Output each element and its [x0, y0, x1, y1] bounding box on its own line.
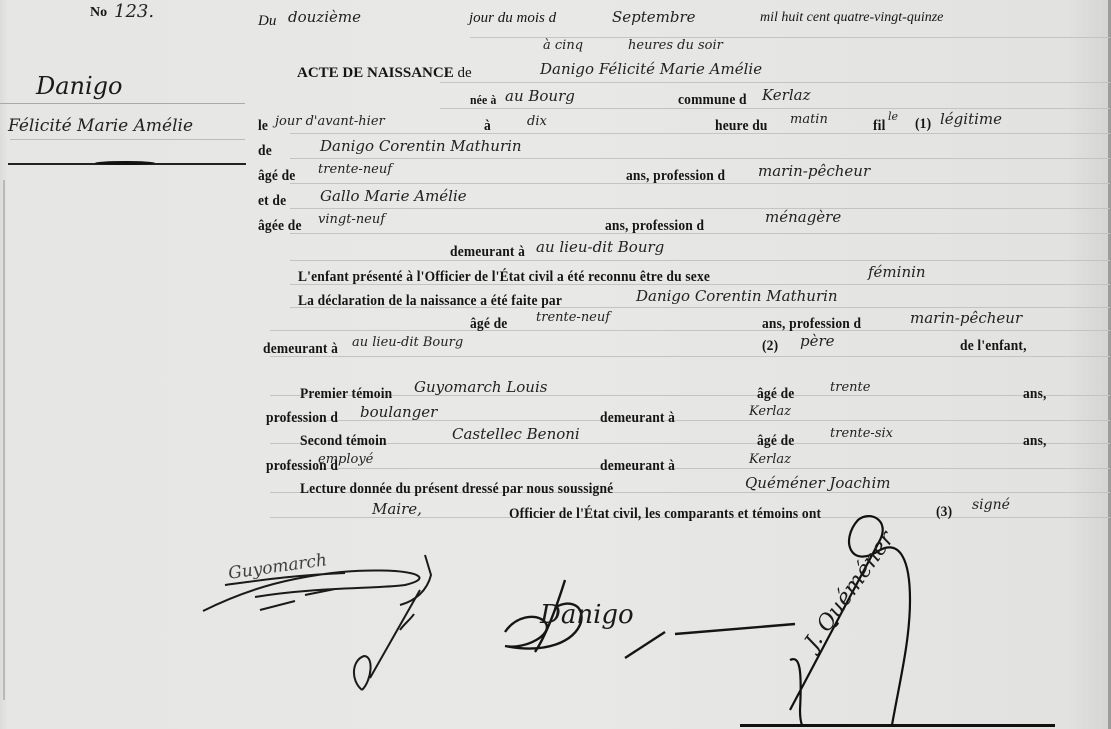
witness-2-age: trente-six	[830, 426, 893, 441]
mother-age: vingt-neuf	[318, 212, 385, 227]
mother-name: Gallo Marie Amélie	[320, 187, 467, 205]
father-profession-label: ans, profession d	[626, 168, 725, 185]
officer-text: Officier de l'État civil, les comparants…	[509, 506, 821, 523]
birth-place: au Bourg	[505, 87, 575, 105]
father-name: Danigo Corentin Mathurin	[320, 137, 522, 155]
declarant-demeurant-label: demeurant à	[263, 341, 338, 358]
du-label: Du	[258, 13, 276, 30]
act-title-de: de	[457, 65, 471, 81]
witness-1-profession-label: profession d	[266, 410, 338, 427]
a-label: à	[484, 118, 491, 135]
witness-1-age-label: âgé de	[757, 386, 794, 403]
relation-value: père	[800, 332, 835, 350]
act-title: ACTE DE NAISSANCE de	[297, 65, 472, 82]
birth-period: matin	[790, 112, 828, 127]
birth-day: jour d'avant-hier	[275, 114, 385, 129]
mother-et-de-label: et de	[258, 193, 286, 210]
witness-1-label: Premier témoin	[300, 386, 392, 403]
witness-1-age: trente	[830, 380, 870, 395]
declarant-name: Danigo Corentin Mathurin	[636, 287, 838, 305]
signature-danigo-text: Danigo	[540, 600, 634, 630]
mother-demeurant-label: demeurant à	[450, 244, 525, 261]
witness-2-profession: employé	[318, 452, 373, 467]
declarant-residence: au lieu-dit Bourg	[352, 335, 463, 350]
year-text: mil huit cent quatre-vingt-quinze	[760, 10, 943, 26]
act-title-text: ACTE DE NAISSANCE	[297, 65, 454, 81]
declarant-age-label: âgé de	[470, 316, 507, 333]
time-value-2: heures du soir	[628, 38, 723, 53]
witness-2-demeurant-label: demeurant à	[600, 458, 675, 475]
de-enfant-text: de l'enfant,	[960, 338, 1027, 355]
witness-2-residence: Kerlaz	[749, 452, 791, 467]
witness-1-demeurant-label: demeurant à	[600, 410, 675, 427]
father-de-label: de	[258, 143, 272, 160]
month-value: Septembre	[612, 8, 696, 26]
witness-2-name: Castellec Benoni	[452, 425, 580, 443]
legitimacy-note: (1)	[915, 116, 931, 133]
record-number-label: No	[90, 5, 107, 21]
relation-note: (2)	[762, 338, 778, 355]
mother-profession-label: ans, profession d	[605, 218, 704, 235]
child-full-name: Danigo Félicité Marie Amélie	[540, 60, 762, 78]
declarant-age: trente-neuf	[536, 310, 610, 325]
presentation-text: L'enfant présenté à l'Officier de l'État…	[298, 269, 710, 286]
margin-separator-swell	[95, 161, 155, 165]
civil-register-page: No 123. Danigo Félicité Marie Amélie Du …	[0, 0, 1111, 729]
witness-1-residence: Kerlaz	[749, 404, 791, 419]
birth-hour: dix	[527, 114, 547, 129]
mother-residence: au lieu-dit Bourg	[536, 238, 664, 256]
commune-label: commune d	[678, 92, 747, 109]
heure-du-label: heure du	[715, 118, 768, 135]
fille-label: fil	[873, 118, 886, 135]
le-label: le	[258, 118, 268, 135]
mother-age-label: âgée de	[258, 218, 302, 235]
page-margin-line	[3, 180, 5, 700]
father-profession: marin-pêcheur	[758, 162, 870, 180]
fille-suffix: le	[888, 110, 898, 123]
lecture-text: Lecture donnée du présent dressé par nou…	[300, 481, 613, 498]
witness-2-ans: ans,	[1023, 433, 1047, 450]
officer-title: Maire,	[372, 500, 422, 518]
witness-2-label: Second témoin	[300, 433, 387, 450]
witness-1-name: Guyomarch Louis	[414, 378, 547, 396]
margin-given-names: Félicité Marie Amélie	[8, 116, 193, 136]
margin-surname: Danigo	[36, 72, 123, 100]
witness-1-ans: ans,	[1023, 386, 1047, 403]
nee-a-label: née à	[470, 92, 497, 108]
officer-name: Quéméner Joachim	[745, 474, 890, 492]
father-age-label: âgé de	[258, 168, 295, 185]
declarant-profession: marin-pêcheur	[910, 309, 1022, 327]
record-number: 123.	[114, 1, 154, 22]
declaration-text: La déclaration de la naissance a été fai…	[298, 293, 562, 310]
jour-du-mois-label: jour du mois d	[469, 10, 556, 27]
time-value: à cinq	[543, 38, 583, 53]
legitimacy-value: légitime	[940, 110, 1002, 128]
witness-2-age-label: âgé de	[757, 433, 794, 450]
day-value: douzième	[288, 8, 361, 26]
father-age: trente-neuf	[318, 162, 392, 177]
witness-1-profession: boulanger	[360, 403, 437, 421]
commune-value: Kerlaz	[762, 86, 811, 104]
declarant-profession-label: ans, profession d	[762, 316, 861, 333]
mother-profession: ménagère	[765, 208, 841, 226]
child-sex: féminin	[868, 263, 926, 281]
